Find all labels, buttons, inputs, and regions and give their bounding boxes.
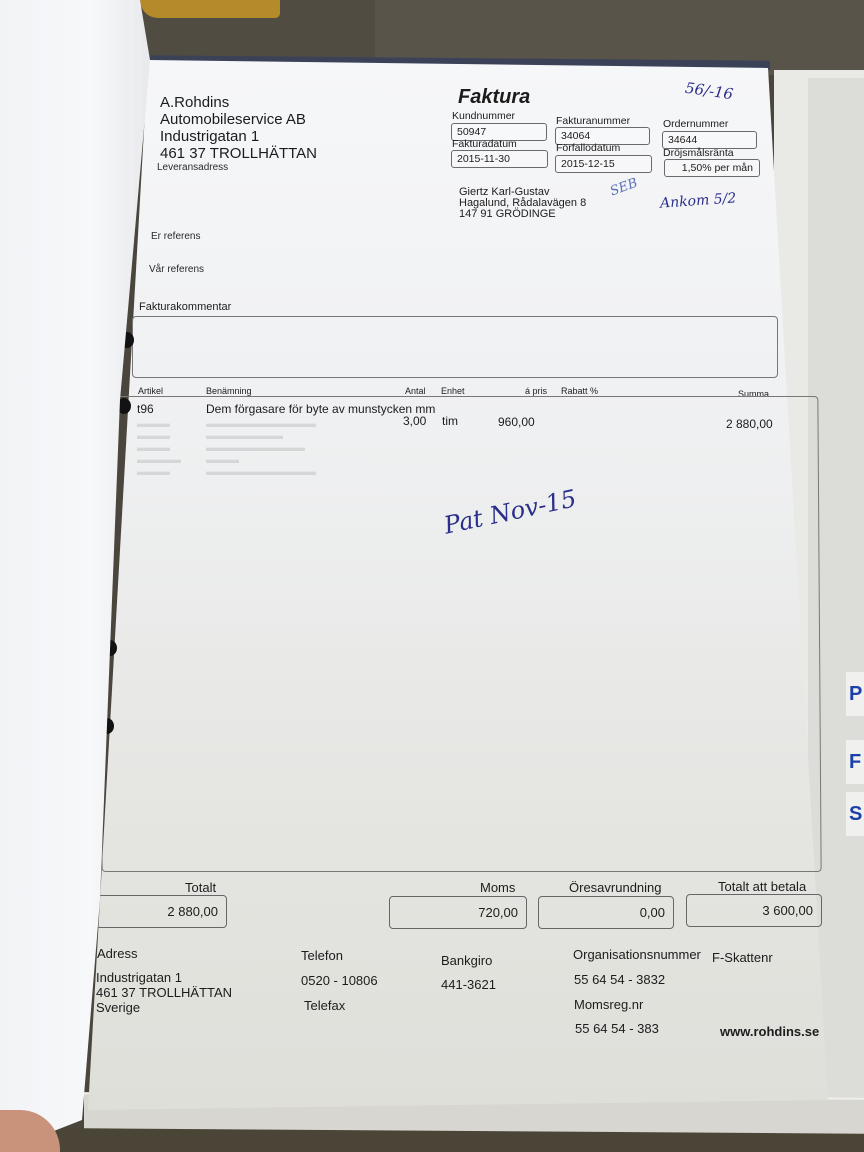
binder-tab[interactable]: S bbox=[846, 792, 864, 836]
footer-telefon: 0520 - 10806 bbox=[301, 973, 378, 988]
row-artikel: t96 bbox=[137, 402, 154, 416]
binder-tab-label: S bbox=[849, 803, 862, 825]
kundnummer-label: Kundnummer bbox=[452, 110, 515, 122]
oresavrundning-field: 0,00 bbox=[538, 896, 674, 929]
footer-momsreg: 55 64 54 - 383 bbox=[575, 1021, 659, 1036]
fakturakommentar-box bbox=[132, 316, 778, 378]
ordernummer-label: Ordernummer bbox=[663, 118, 728, 130]
moms-field: 720,00 bbox=[389, 896, 527, 929]
fakturadatum-label: Fakturadatum bbox=[452, 138, 517, 150]
totalt-field: 2 880,00 bbox=[96, 895, 227, 928]
forfallodatum-label: Förfallodatum bbox=[556, 142, 620, 154]
totalt-label: Totalt bbox=[185, 880, 216, 895]
drojsmalsranta-field: 1,50% per mån bbox=[664, 159, 760, 177]
sender-name: A.Rohdins bbox=[160, 94, 317, 111]
column-enhet: Enhet bbox=[441, 386, 465, 396]
binder-tab[interactable]: P bbox=[846, 672, 864, 716]
column-artikel: Artikel bbox=[138, 386, 163, 396]
recipient-block: Giertz Karl-Gustav Hagalund, Rådalavägen… bbox=[459, 187, 586, 220]
var-referens-label: Vår referens bbox=[149, 264, 204, 275]
column-benamning: Benämning bbox=[206, 386, 252, 396]
binder-tab[interactable]: F bbox=[846, 740, 864, 784]
oresavrundning-label: Öresavrundning bbox=[569, 880, 662, 895]
footer-telefon-label: Telefon bbox=[301, 948, 343, 963]
recipient-postal: 147 91 GRÖDINGE bbox=[459, 209, 586, 220]
att-betala-label: Totalt att betala bbox=[718, 879, 806, 894]
footer-website[interactable]: www.rohdins.se bbox=[720, 1024, 819, 1039]
footer-bankgiro: 441-3621 bbox=[441, 977, 496, 992]
show-through-text: ▬▬▬▬▬▬▬▬▬▬▬▬▬▬▬▬ bbox=[137, 418, 181, 478]
row-enhet: tim bbox=[442, 414, 458, 428]
footer-adress-line2: 461 37 TROLLHÄTTAN bbox=[96, 985, 232, 1000]
delivery-address-label: Leveransadress bbox=[157, 162, 228, 173]
footer-bankgiro-label: Bankgiro bbox=[441, 953, 492, 968]
row-summa: 2 880,00 bbox=[726, 417, 773, 431]
sender-company: Automobileservice AB bbox=[160, 111, 317, 128]
moms-label: Moms bbox=[480, 880, 515, 895]
drojsmalsranta-label: Dröjsmålsränta bbox=[663, 147, 734, 159]
footer-adress-line3: Sverige bbox=[96, 1000, 232, 1015]
fakturanummer-label: Fakturanummer bbox=[556, 115, 630, 127]
column-antal: Antal bbox=[405, 386, 426, 396]
sender-postal: 461 37 TROLLHÄTTAN bbox=[160, 145, 317, 162]
column-rabatt: Rabatt % bbox=[561, 386, 598, 396]
footer-adress: Industrigatan 1 461 37 TROLLHÄTTAN Sveri… bbox=[96, 970, 232, 1015]
footer-fskatt-label: F-Skattenr bbox=[712, 950, 773, 965]
row-benamning: Dem förgasare för byte av munstycken mm bbox=[206, 402, 435, 416]
show-through-text: ▬▬▬▬▬▬▬▬▬▬▬▬▬▬▬▬▬▬▬▬▬▬▬▬▬▬▬▬▬▬▬▬▬▬▬▬▬▬▬ bbox=[206, 418, 316, 478]
forfallodatum-field: 2015-12-15 bbox=[555, 155, 652, 173]
invoice-title: Faktura bbox=[458, 86, 530, 109]
column-apris: á pris bbox=[525, 386, 547, 396]
footer-momsreg-label: Momsreg.nr bbox=[574, 997, 643, 1012]
att-betala-field: 3 600,00 bbox=[686, 894, 822, 927]
sender-block: A.Rohdins Automobileservice AB Industrig… bbox=[160, 94, 317, 162]
footer-orgnr: 55 64 54 - 3832 bbox=[574, 972, 665, 987]
footer-telefax-label: Telefax bbox=[304, 998, 345, 1013]
footer-adress-line1: Industrigatan 1 bbox=[96, 970, 232, 985]
footer-adress-label: Adress bbox=[97, 946, 137, 961]
fakturakommentar-label: Fakturakommentar bbox=[139, 301, 231, 313]
row-apris: 960,00 bbox=[498, 415, 535, 429]
fakturadatum-field: 2015-11-30 bbox=[451, 150, 548, 168]
background-object bbox=[140, 0, 280, 18]
sender-street: Industrigatan 1 bbox=[160, 128, 317, 145]
er-referens-label: Er referens bbox=[151, 231, 200, 242]
footer-orgnr-label: Organisationsnummer bbox=[573, 947, 701, 962]
row-antal: 3,00 bbox=[403, 414, 426, 428]
binder-tab-label: P bbox=[849, 683, 862, 705]
binder-tab-label: F bbox=[849, 751, 861, 773]
